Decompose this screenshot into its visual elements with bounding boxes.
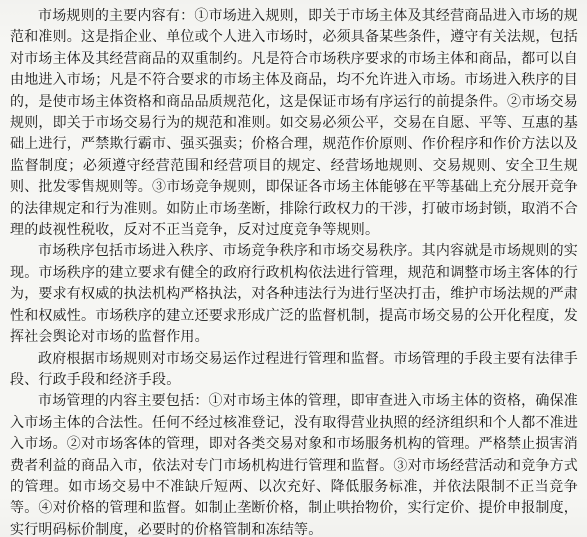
paragraph-government-management-means: 政府根据市场规则对市场交易运作过程进行管理和监督。市场管理的手段主要有法律手段、… [10,349,578,392]
paragraph-market-rules: 市场规则的主要内容有：①市场进入规则，即关于市场主体及其经营商品进入市场的规范和… [10,6,578,241]
document-page: 市场规则的主要内容有：①市场进入规则，即关于市场主体及其经营商品进入市场的规范和… [0,0,587,537]
paragraph-market-management-content: 市场管理的内容主要包括：①对市场主体的管理，即审查进入市场主体的资格，确保准入市… [10,391,578,537]
paragraph-market-order: 市场秩序包括市场进入秩序、市场竞争秩序和市场交易秩序。其内容就是市场规则的实现。… [10,241,578,348]
